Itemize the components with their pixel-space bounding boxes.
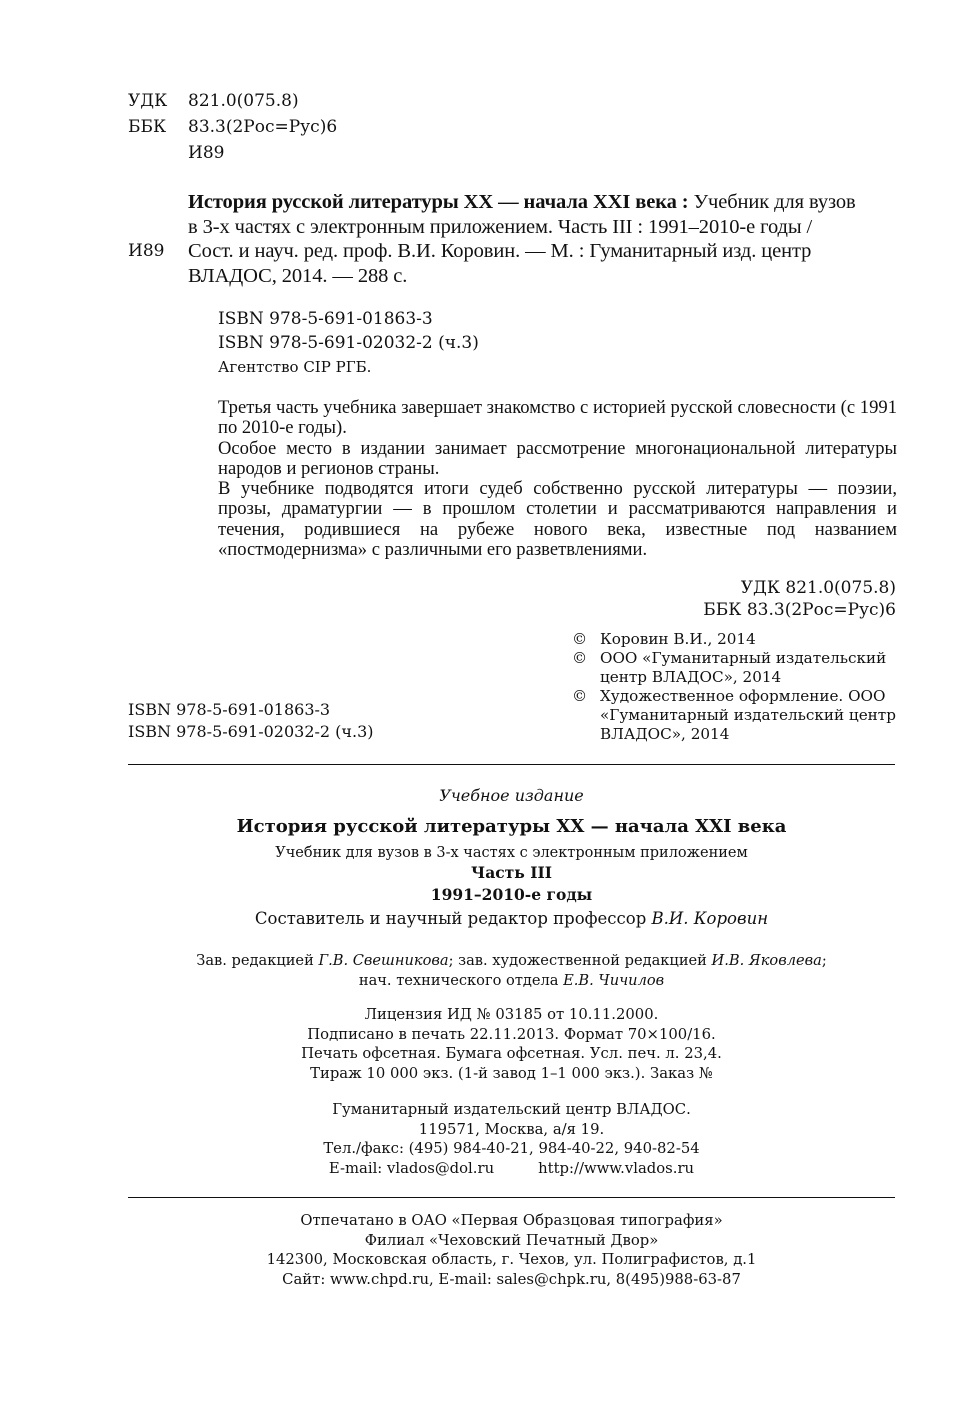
classification-block: УДК821.0(075.8) ББК83.3(2Рос=Рус)6 И89 [128,88,337,166]
copyright-icon: © [572,687,600,744]
isbn-2: ISBN 978-5-691-02032-2 (ч.3) [128,721,374,743]
isbn-block: ISBN 978-5-691-01863-3 ISBN 978-5-691-02… [218,307,479,379]
annotation-paragraph: Третья часть учебника завершает знакомст… [218,398,897,439]
book-subtitle: Учебник для вузов в 3-х частях с электро… [128,843,895,863]
annotation-paragraph: Особое место в издании занимает рассмотр… [218,439,897,480]
book-title: История русской литературы XX — начала X… [128,815,895,839]
printer-info: Отпечатано в ОАО «Первая Образцовая типо… [128,1211,895,1289]
copyright-item: © Художественное оформление. ООО «Гумани… [572,687,898,744]
compiler-line: Составитель и научный редактор профессор… [128,908,895,930]
copyright-icon: © [572,649,600,687]
isbn-1: ISBN 978-5-691-01863-3 [218,307,479,331]
publisher-info: Гуманитарный издательский центр ВЛАДОС. … [128,1100,895,1178]
copyright-item: © Коровин В.И., 2014 [572,630,898,649]
udk-right: УДК 821.0(075.8) [703,577,896,599]
tech-head-name: Е.В. Чичилов [563,972,664,989]
publisher-phone: Тел./факс: (495) 984-40-21, 984-40-22, 9… [128,1139,895,1159]
publisher-name: Гуманитарный издательский центр ВЛАДОС. [128,1100,895,1120]
bib-line4: ВЛАДОС, 2014. — 288 с. [188,264,896,289]
bib-title: История русской литературы XX — начала X… [188,191,689,213]
license-info: Лицензия ИД № 03185 от 10.11.2000. Подпи… [128,1005,895,1084]
isbn-1: ISBN 978-5-691-01863-3 [128,699,374,721]
classification-right: УДК 821.0(075.8) ББК 83.3(2Рос=Рус)6 [703,577,896,621]
annotation-paragraph: В учебнике подводятся итоги судеб собств… [218,479,897,560]
bbk-right: ББК 83.3(2Рос=Рус)6 [703,599,896,621]
editor-name: Г.В. Свешникова [318,952,448,969]
udk-value: 821.0(075.8) [188,88,299,114]
annotation: Третья часть учебника завершает знакомст… [218,398,897,560]
copyright-icon: © [572,630,600,649]
publisher-email: E-mail: vlados@dol.ru [329,1159,494,1179]
bib-author-mark: И89 [128,239,164,263]
copyright-item: © ООО «Гуманитарный издательский центр В… [572,649,898,687]
bbk-value: 83.3(2Рос=Рус)6 [188,114,337,140]
edition-type: Учебное издание [128,785,895,807]
divider [128,1197,895,1198]
isbn-2: ISBN 978-5-691-02032-2 (ч.3) [218,331,479,355]
cip-agency: Агентство CIP РГБ. [218,355,479,379]
book-years: 1991–2010-е годы [128,884,895,906]
copyright-block: © Коровин В.И., 2014 © ООО «Гуманитарный… [572,630,898,744]
compiler-name: В.И. Коровин [652,909,769,928]
bib-line1-rest: Учебник для вузов [689,191,856,213]
publisher-address: 119571, Москва, а/я 19. [128,1120,895,1140]
divider [128,764,895,765]
book-part: Часть III [128,862,895,884]
bbk-label: ББК [128,114,188,140]
editorial-staff: Зав. редакцией Г.В. Свешникова; зав. худ… [128,951,895,990]
publisher-website: http://www.vlados.ru [538,1159,694,1179]
isbn-bottom: ISBN 978-5-691-01863-3 ISBN 978-5-691-02… [128,699,374,743]
bib-line2: в 3-х частях с электронным приложением. … [188,215,896,240]
bib-line3: Сост. и науч. ред. проф. В.И. Коровин. —… [188,239,896,264]
art-editor-name: И.В. Яковлева [712,952,822,969]
author-mark: И89 [188,140,224,166]
udk-label: УДК [128,88,188,114]
bibliographic-record: История русской литературы XX — начала X… [188,190,896,288]
